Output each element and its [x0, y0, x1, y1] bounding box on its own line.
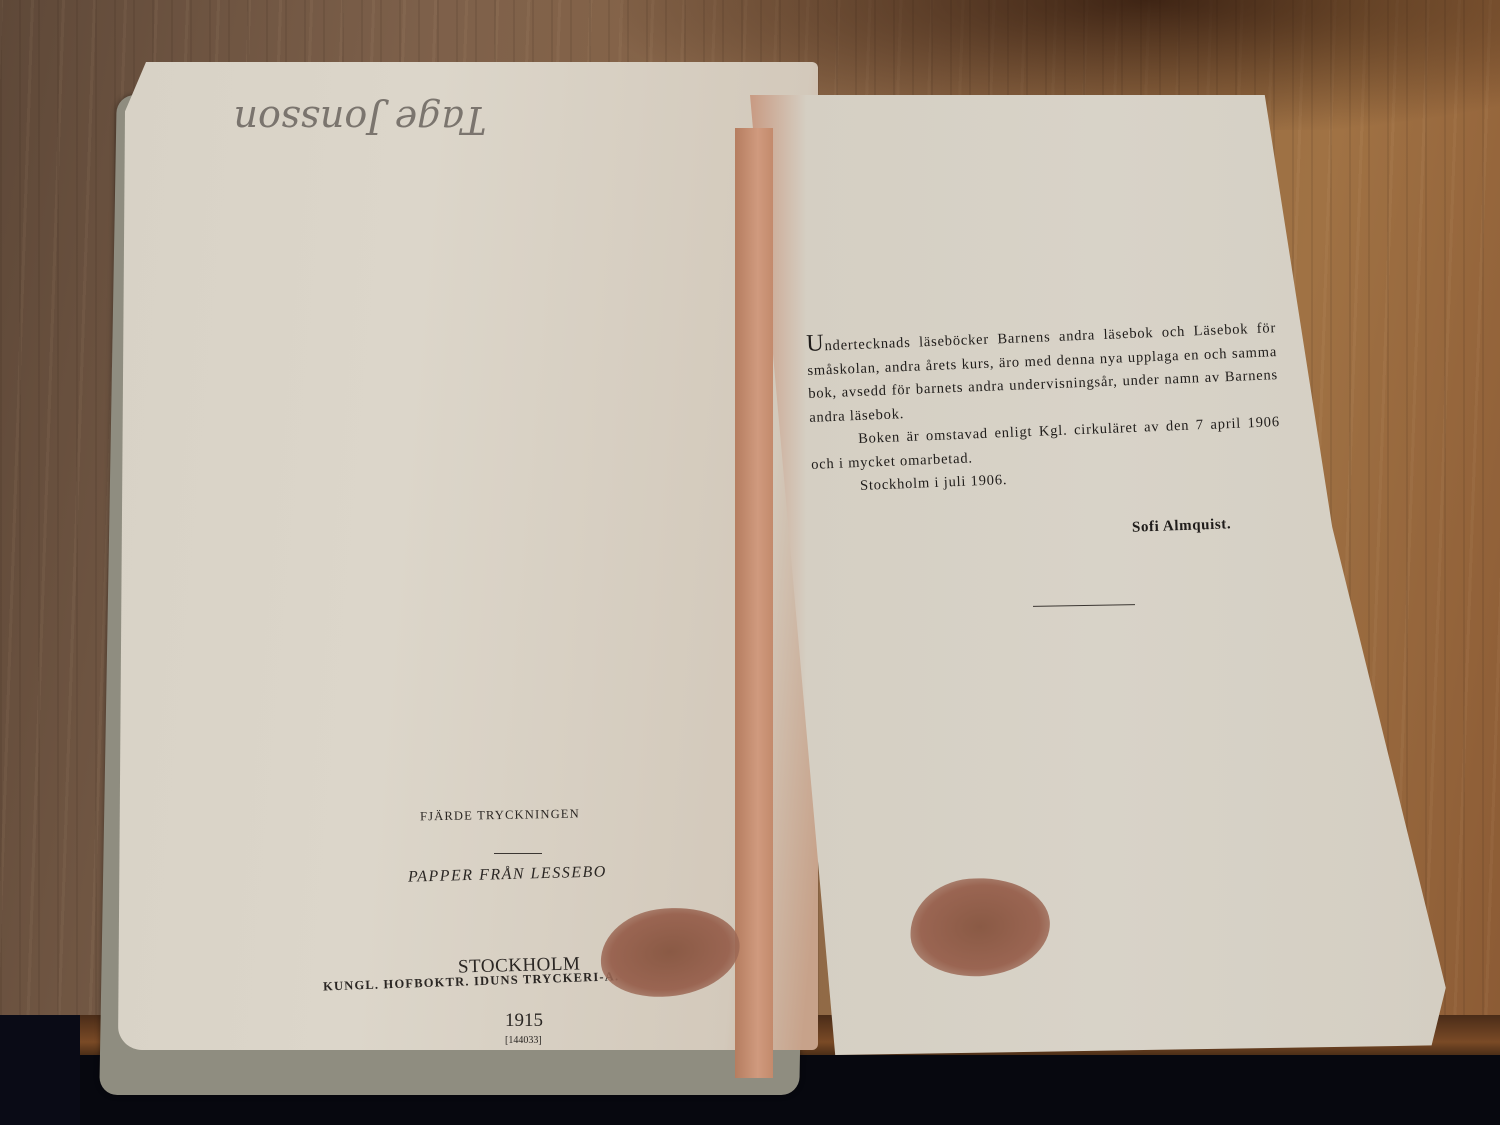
foreword: Undertecknads läseböcker Barnens andra l… — [806, 317, 1282, 500]
divider — [494, 853, 542, 854]
left-page[interactable] — [118, 62, 818, 1050]
drop-cap: U — [806, 330, 825, 357]
author-signature: Sofi Almquist. — [1132, 516, 1232, 536]
print-number: [144033] — [505, 1035, 542, 1046]
handwritten-owner-name: Tage Jonsson — [160, 80, 560, 160]
edition-label: FJÄRDE TRYCKNINGEN — [420, 807, 580, 825]
dark-corner — [0, 1015, 80, 1125]
book-gutter — [735, 128, 773, 1078]
publication-year: 1915 — [505, 1010, 543, 1032]
